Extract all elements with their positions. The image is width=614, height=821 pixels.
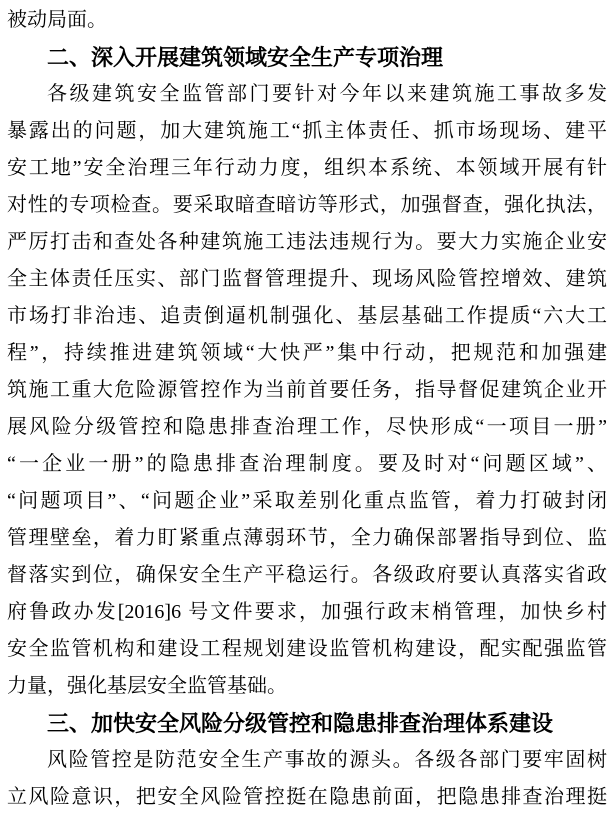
body-line: 管理壁垒，着力盯紧重点薄弱环节，全力确保部署指导到位、监 — [7, 520, 607, 557]
body-line: 安工地”安全治理三年行动力度，组织本系统、本领域开展有针 — [7, 150, 607, 187]
body-line: 对性的专项检查。要采取暗查暗访等形式，加强督查，强化执法， — [7, 187, 607, 224]
body-line: 立风险意识，把安全风险管控挺在隐患前面，把隐患排查治理挺 — [7, 779, 607, 816]
section-heading: 三、加快安全风险分级管控和隐患排查治理体系建设 — [7, 705, 607, 742]
body-line: 督落实到位，确保安全生产平稳运行。各级政府要认真落实省政 — [7, 557, 607, 594]
body-line: 程”，持续推进建筑领域“大快严”集中行动，把规范和加强建 — [7, 335, 607, 372]
body-line: 力量，强化基层安全监管基础。 — [7, 668, 607, 705]
body-line: 风险管控是防范安全生产事故的源头。各级各部门要牢固树 — [7, 742, 607, 779]
section-heading: 二、深入开展建筑领域安全生产专项治理 — [7, 39, 607, 76]
body-line: 展风险分级管控和隐患排查治理工作，尽快形成“一项目一册” — [7, 409, 607, 446]
body-line: 安全监管机构和建设工程规划建设监管机构建设，配实配强监管 — [7, 631, 607, 668]
body-line: 各级建筑安全监管部门要针对今年以来建筑施工事故多发 — [7, 76, 607, 113]
body-line: 筑施工重大危险源管控作为当前首要任务，指导督促建筑企业开 — [7, 372, 607, 409]
body-line: “一企业一册”的隐患排查治理制度。要及时对“问题区域”、 — [7, 446, 607, 483]
body-line: 暴露出的问题，加大建筑施工“抓主体责任、抓市场现场、建平 — [7, 113, 607, 150]
body-line: 全主体责任压实、部门监督管理提升、现场风险管控增效、建筑 — [7, 261, 607, 298]
document-page: 被动局面。 二、深入开展建筑领域安全生产专项治理 各级建筑安全监管部门要针对今年… — [0, 0, 614, 821]
body-line: 被动局面。 — [7, 2, 607, 39]
body-line: “问题项目”、“问题企业”采取差别化重点监管，着力打破封闭 — [7, 483, 607, 520]
body-line: 严厉打击和查处各种建筑施工违法违规行为。要大力实施企业安 — [7, 224, 607, 261]
body-line: 府鲁政办发[2016]6 号文件要求，加强行政末梢管理，加快乡村 — [7, 594, 607, 631]
body-line: 市场打非治违、追责倒逼机制强化、基层基础工作提质“六大工 — [7, 298, 607, 335]
